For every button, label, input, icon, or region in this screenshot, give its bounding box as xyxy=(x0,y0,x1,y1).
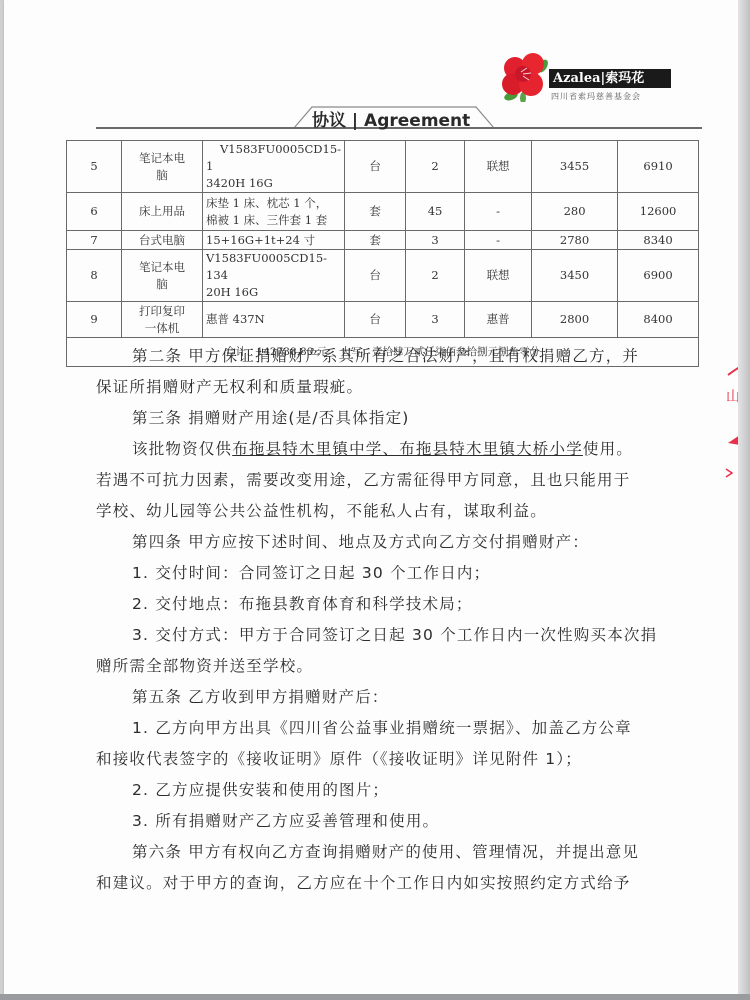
article-4-item-2: 2. 交付地点：布拖县教育体育和科学技术局； xyxy=(96,592,473,614)
article-3-line-1: 该批物资仅供布拖县特木里镇中学、布拖县特木里镇大桥小学使用。 xyxy=(96,437,633,459)
cell-name: 台式电脑 xyxy=(122,231,203,250)
donation-items-table: 5 笔记本电脑 V1583FU0005CD15-13420H 16G 台 2 联… xyxy=(66,140,699,367)
page-title: 协议 | Agreement xyxy=(312,106,470,131)
article-5-item-3: 3. 所有捐赠财产乙方应妥善管理和使用。 xyxy=(96,809,439,831)
article-5-item-2: 2. 乙方应提供安装和使用的图片； xyxy=(96,778,389,800)
cell-price: 2800 xyxy=(532,302,618,338)
cell-brand: - xyxy=(465,231,532,250)
cell-spec: 15+16G+1t+24 寸 xyxy=(203,231,345,250)
cell-spec: V1583FU0005CD15-13420H 16G xyxy=(203,250,345,302)
cell-qty: 45 xyxy=(406,193,465,231)
cell-name: 床上用品 xyxy=(122,193,203,231)
cell-spec: 惠普 437N xyxy=(203,302,345,338)
foundation-logo: Azalea|索玛花 四川省索玛慈善基金会 xyxy=(499,48,679,114)
table-row: 5 笔记本电脑 V1583FU0005CD15-13420H 16G 台 2 联… xyxy=(67,141,699,193)
cell-no: 5 xyxy=(67,141,122,193)
cell-unit: 套 xyxy=(345,231,406,250)
article-5-title: 第五条 乙方收到甲方捐赠财产后： xyxy=(96,685,389,707)
logo-brand-name: Azalea|索玛花 xyxy=(549,69,671,88)
article-4-item-1: 1. 交付时间：合同签订之日起 30 个工作日内； xyxy=(96,561,490,583)
cell-amount: 8340 xyxy=(618,231,699,250)
azalea-flower-icon xyxy=(501,52,551,102)
designated-schools: 布拖县特木里镇中学、布拖县特木里镇大桥小学 xyxy=(232,440,583,458)
cell-no: 9 xyxy=(67,302,122,338)
cell-price: 2780 xyxy=(532,231,618,250)
article-5-item-1-line-1: 1. 乙方向甲方出具《四川省公益事业捐赠统一票据》、加盖乙方公章 xyxy=(96,716,632,738)
cell-qty: 2 xyxy=(406,141,465,193)
article-6-line-1: 第六条 甲方有权向乙方查询捐赠财产的使用、管理情况，并提出意见 xyxy=(96,840,639,862)
cell-spec: 床垫 1 床、枕芯 1 个，棉被 1 床、三件套 1 套 xyxy=(203,193,345,231)
cell-no: 6 xyxy=(67,193,122,231)
article-4-item-3-line-2: 赠所需全部物资并送至学校。 xyxy=(96,654,313,676)
cell-unit: 台 xyxy=(345,250,406,302)
cell-brand: 联想 xyxy=(465,250,532,302)
cell-amount: 12600 xyxy=(618,193,699,231)
cell-amount: 6910 xyxy=(618,141,699,193)
document-page: Azalea|索玛花 四川省索玛慈善基金会 协议 | Agreement 5 笔… xyxy=(4,0,740,994)
article-3-line-2: 若遇不可抗力因素，需要改变用途，乙方需征得甲方同意，且也只能用于 xyxy=(96,468,630,490)
logo-subtitle: 四川省索玛慈善基金会 xyxy=(551,91,641,102)
article-2-line-1: 第二条 甲方保证捐赠财产系其所有之合法财产，且有权捐赠乙方，并 xyxy=(96,344,639,366)
cell-no: 7 xyxy=(67,231,122,250)
article-6-line-2: 和建议。对于甲方的查询，乙方应在十个工作日内如实按照约定方式给予 xyxy=(96,871,630,893)
cell-price: 3455 xyxy=(532,141,618,193)
cell-brand: 惠普 xyxy=(465,302,532,338)
table-row: 7 台式电脑 15+16G+1t+24 寸 套 3 - 2780 8340 xyxy=(67,231,699,250)
cell-qty: 2 xyxy=(406,250,465,302)
table-row: 8 笔记本电脑 V1583FU0005CD15-13420H 16G 台 2 联… xyxy=(67,250,699,302)
cell-price: 280 xyxy=(532,193,618,231)
cell-price: 3450 xyxy=(532,250,618,302)
table-row: 6 床上用品 床垫 1 床、枕芯 1 个，棉被 1 床、三件套 1 套 套 45… xyxy=(67,193,699,231)
cell-name: 笔记本电脑 xyxy=(122,141,203,193)
cell-qty: 3 xyxy=(406,302,465,338)
scan-edge-right xyxy=(738,0,750,1000)
article-4-item-3-line-1: 3. 交付方式：甲方于合同签订之日起 30 个工作日内一次性购买本次捐 xyxy=(96,623,657,645)
cell-brand: - xyxy=(465,193,532,231)
cell-no: 8 xyxy=(67,250,122,302)
article-3-title: 第三条 捐赠财产用途(是/否具体指定) xyxy=(96,406,410,428)
cell-name: 打印复印一体机 xyxy=(122,302,203,338)
cell-spec: V1583FU0005CD15-13420H 16G xyxy=(203,141,345,193)
article-2-line-2: 保证所捐赠财产无权利和质量瑕疵。 xyxy=(96,375,363,397)
cell-name: 笔记本电脑 xyxy=(122,250,203,302)
cell-brand: 联想 xyxy=(465,141,532,193)
article-3-line-3: 学校、幼儿园等公共公益性机构，不能私人占有，谋取利益。 xyxy=(96,499,547,521)
cell-unit: 台 xyxy=(345,302,406,338)
cell-qty: 3 xyxy=(406,231,465,250)
cell-amount: 6900 xyxy=(618,250,699,302)
cell-amount: 8400 xyxy=(618,302,699,338)
scan-edge-bottom xyxy=(0,994,750,1000)
article-4-title: 第四条 甲方应按下述时间、地点及方式向乙方交付捐赠财产： xyxy=(96,530,589,552)
article-5-item-1-line-2: 和接收代表签字的《接收证明》原件（《接收证明》详见附件 1）； xyxy=(96,747,582,769)
table-row: 9 打印复印一体机 惠普 437N 台 3 惠普 2800 8400 xyxy=(67,302,699,338)
cell-unit: 台 xyxy=(345,141,406,193)
cell-unit: 套 xyxy=(345,193,406,231)
